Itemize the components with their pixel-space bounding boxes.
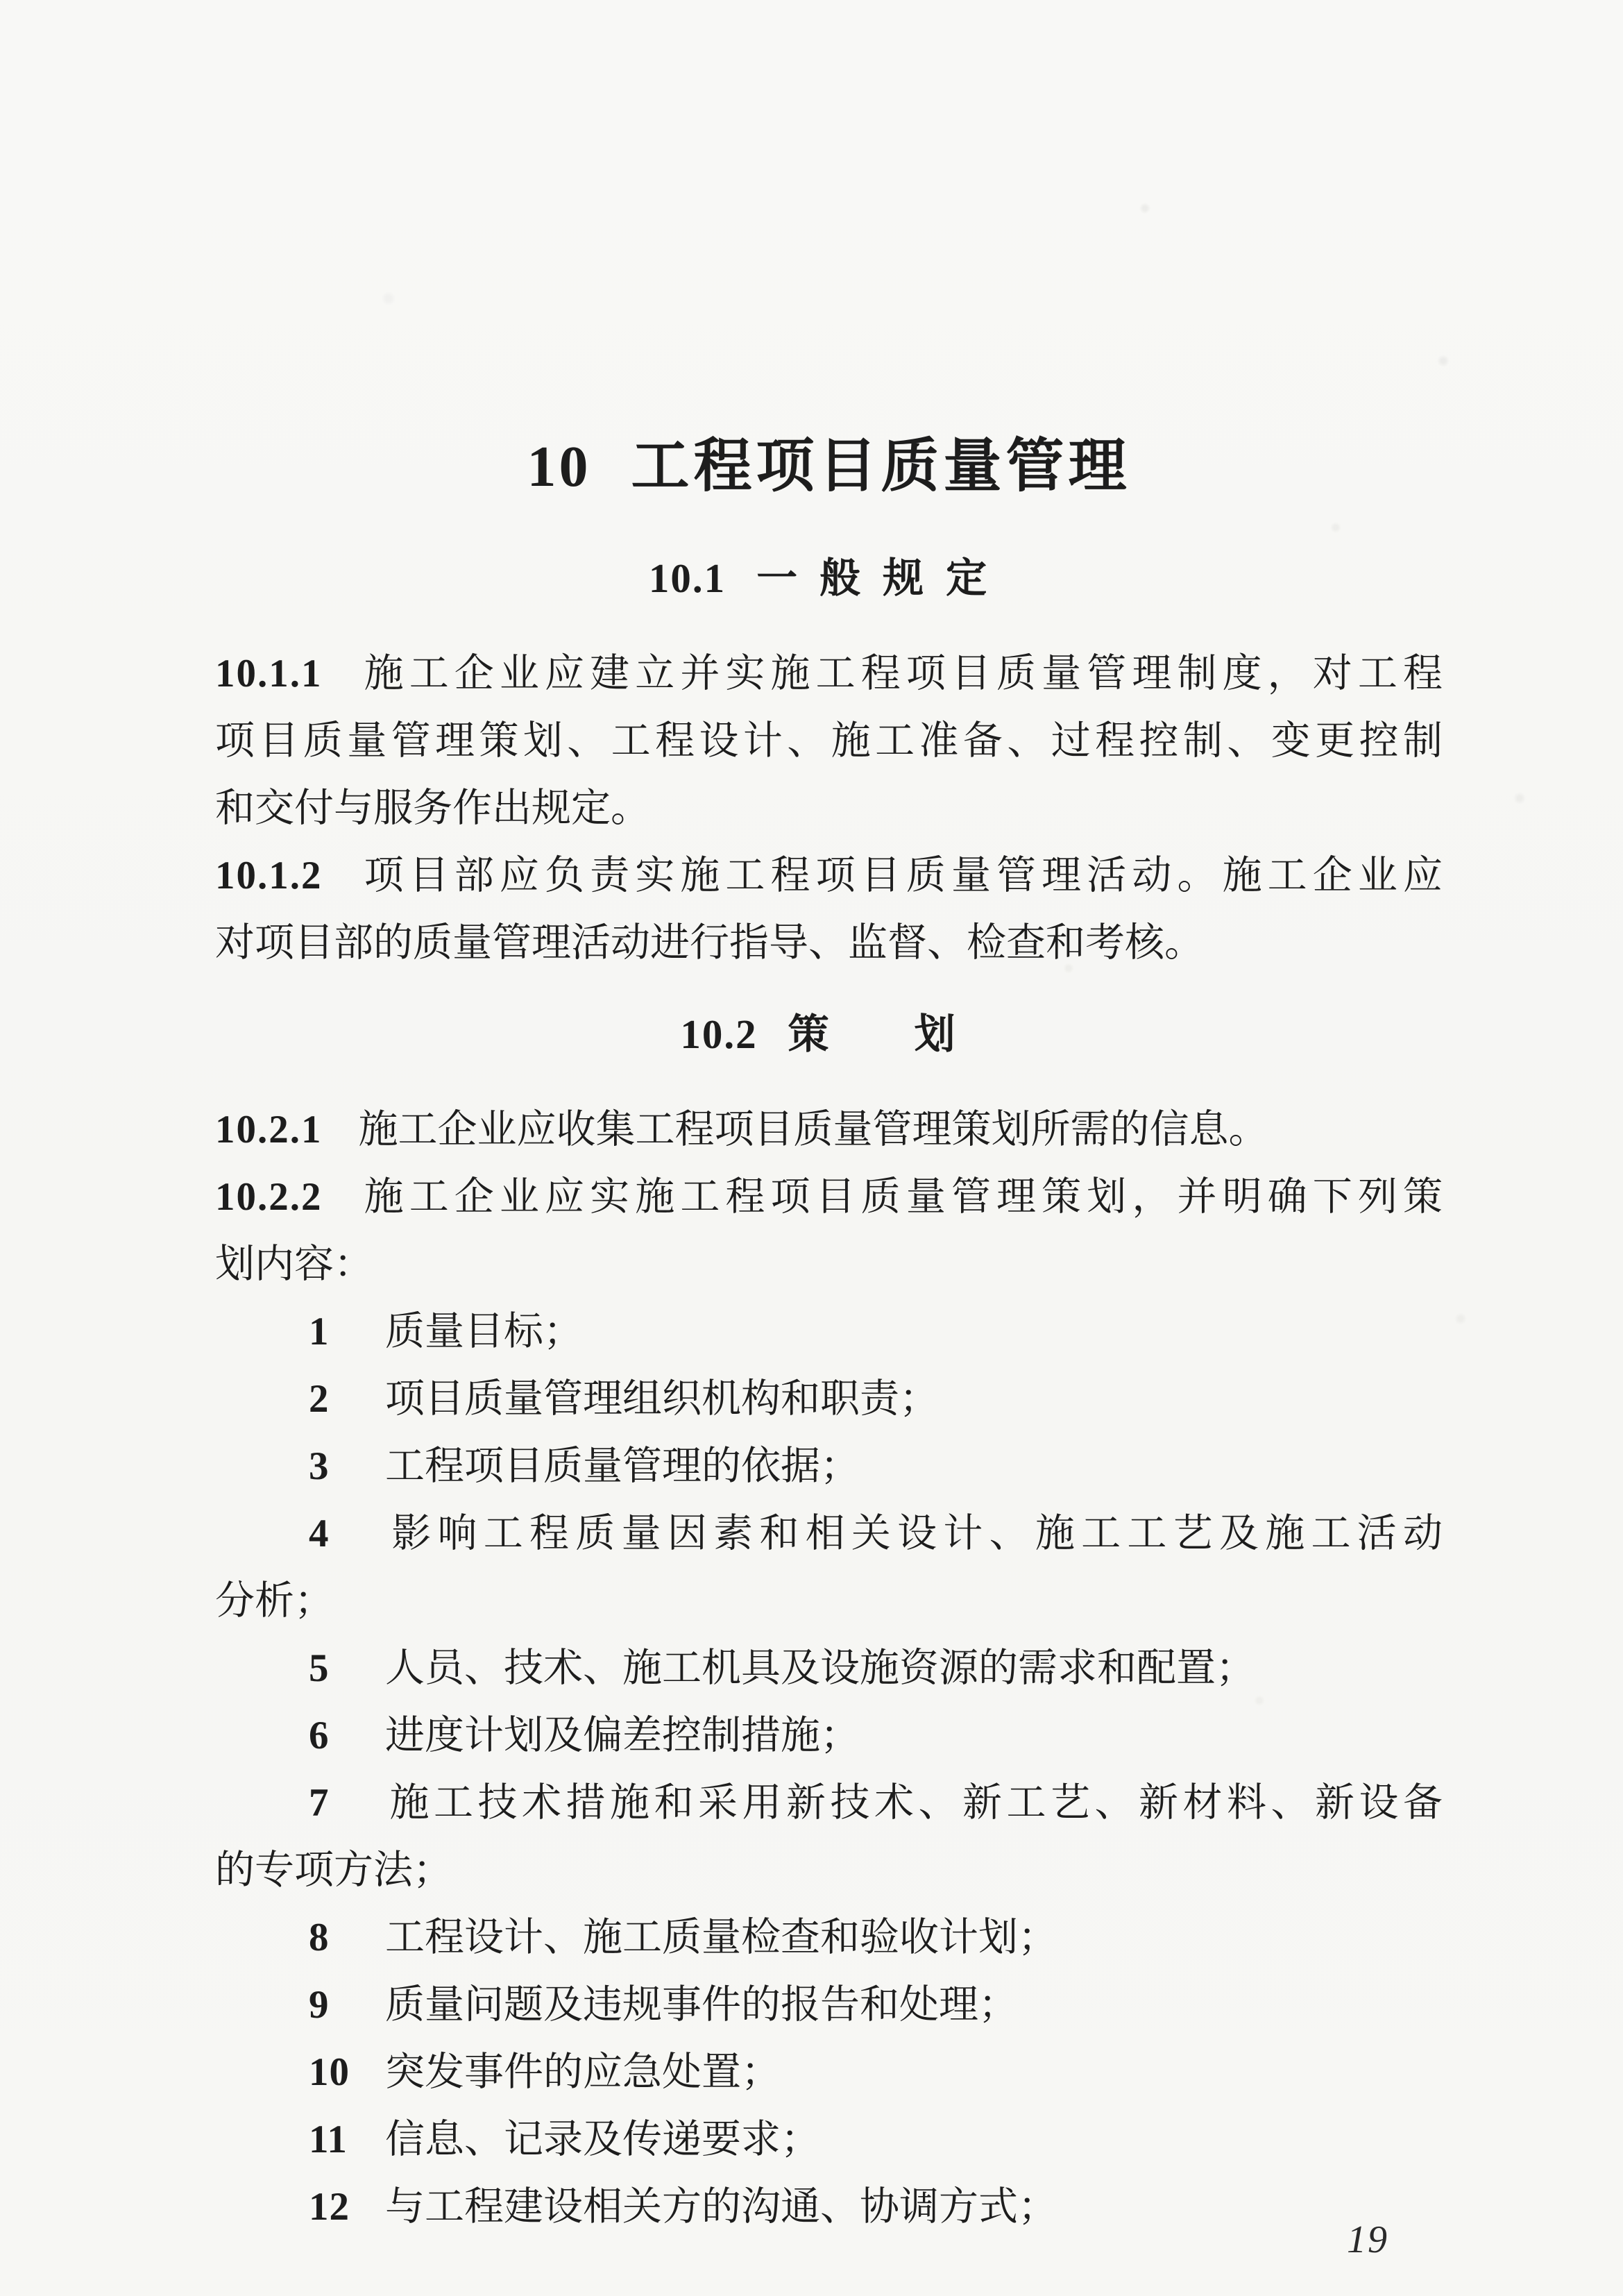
list-item: 4影响工程质量因素和相关设计、施工工艺及施工活动: [215, 1500, 1443, 1567]
list-item-text: 进度计划及偏差控制措施；: [385, 1714, 860, 1757]
list-item-text: 影响工程质量因素和相关设计、施工工艺及施工活动: [385, 1512, 1443, 1555]
document-page: 10工程项目质量管理 10.1一般规定10.1.1施工企业应建立并实施工程项目质…: [0, 0, 1623, 2296]
list-item-text: 质量目标；: [385, 1310, 583, 1353]
list-item-text: 工程项目质量管理的依据；: [385, 1444, 860, 1488]
list-item: 2项目质量管理组织机构和职责；: [215, 1365, 1443, 1433]
chapter-heading: 10工程项目质量管理: [215, 427, 1443, 507]
text-line: 划内容：: [215, 1231, 1443, 1298]
list-number: 1: [309, 1298, 360, 1365]
list-number: 12: [309, 2173, 360, 2240]
list-item-text: 人员、技术、施工机具及设施资源的需求和配置；: [385, 1646, 1255, 1690]
list-item: 12与工程建设相关方的沟通、协调方式；: [215, 2173, 1443, 2240]
document-content: 10.1一般规定10.1.1施工企业应建立并实施工程项目质量管理制度，对工程项目…: [215, 545, 1443, 2240]
chapter-number: 10: [527, 434, 590, 499]
text-line: 的专项方法；: [215, 1837, 1443, 1904]
clause-number: 10.1.2: [215, 854, 323, 897]
line-text: 项目部应负责实施工程项目质量管理活动。施工企业应: [359, 854, 1443, 897]
clause-number: 10.1.1: [215, 652, 323, 695]
line-text: 施工企业应实施工程项目质量管理策划，并明确下列策: [359, 1175, 1443, 1219]
clause-line: 10.2.2施工企业应实施工程项目质量管理策划，并明确下列策: [215, 1163, 1443, 1231]
text-line: 项目质量管理策划、工程设计、施工准备、过程控制、变更控制: [215, 707, 1443, 775]
section-heading: 10.1一般规定: [215, 545, 1443, 612]
list-number: 6: [309, 1702, 360, 1769]
line-text: 对项目部的质量管理活动进行指导、监督、检查和考核。: [215, 921, 1204, 965]
line-text: 施工企业应收集工程项目质量管理策划所需的信息。: [359, 1108, 1268, 1151]
list-number: 11: [309, 2106, 360, 2173]
chapter-title: 工程项目质量管理: [631, 434, 1130, 499]
list-number: 5: [309, 1635, 360, 1702]
list-item: 3工程项目质量管理的依据；: [215, 1433, 1443, 1500]
list-item-text: 与工程建设相关方的沟通、协调方式；: [385, 2185, 1057, 2229]
line-text: 施工企业应建立并实施工程项目质量管理制度，对工程: [359, 652, 1443, 695]
list-number: 7: [309, 1769, 360, 1837]
line-text: 项目质量管理策划、工程设计、施工准备、过程控制、变更控制: [215, 719, 1443, 763]
list-number: 8: [309, 1904, 360, 1971]
list-item: 1质量目标；: [215, 1298, 1443, 1365]
section-number: 10.1: [649, 555, 726, 601]
list-item: 8工程设计、施工质量检查和验收计划；: [215, 1904, 1443, 1971]
clause-line: 10.1.2项目部应负责实施工程项目质量管理活动。施工企业应: [215, 842, 1443, 909]
line-text: 的专项方法；: [215, 1848, 452, 1892]
list-item: 7施工技术措施和采用新技术、新工艺、新材料、新设备: [215, 1769, 1443, 1837]
section-title: 一般规定: [756, 555, 1009, 601]
section-title: 策 划: [788, 1011, 978, 1057]
list-number: 3: [309, 1433, 360, 1500]
text-line: 分析；: [215, 1567, 1443, 1635]
clause-number: 10.2.2: [215, 1175, 323, 1219]
text-line: 对项目部的质量管理活动进行指导、监督、检查和考核。: [215, 909, 1443, 977]
clause-line: 10.2.1施工企业应收集工程项目质量管理策划所需的信息。: [215, 1096, 1443, 1163]
list-item: 9质量问题及违规事件的报告和处理；: [215, 1971, 1443, 2038]
clause-number: 10.2.1: [215, 1108, 323, 1151]
page-number: 19: [1347, 2218, 1388, 2262]
line-text: 分析；: [215, 1579, 334, 1623]
list-number: 9: [309, 1971, 360, 2038]
list-number: 4: [309, 1500, 360, 1567]
list-item-text: 施工技术措施和采用新技术、新工艺、新材料、新设备: [385, 1781, 1443, 1825]
list-item: 10突发事件的应急处置；: [215, 2038, 1443, 2106]
line-text: 和交付与服务作出规定。: [215, 786, 650, 830]
list-item: 11信息、记录及传递要求；: [215, 2106, 1443, 2173]
list-item: 6进度计划及偏差控制措施；: [215, 1702, 1443, 1769]
section-heading: 10.2策 划: [215, 1001, 1443, 1068]
list-item-text: 项目质量管理组织机构和职责；: [385, 1377, 939, 1421]
list-item-text: 突发事件的应急处置；: [385, 2050, 781, 2094]
section-number: 10.2: [680, 1011, 757, 1057]
list-item-text: 工程设计、施工质量检查和验收计划；: [385, 1916, 1057, 1959]
line-text: 划内容：: [215, 1242, 373, 1286]
list-item-text: 信息、记录及传递要求；: [385, 2118, 820, 2161]
list-number: 10: [309, 2038, 360, 2106]
clause-line: 10.1.1施工企业应建立并实施工程项目质量管理制度，对工程: [215, 640, 1443, 707]
text-line: 和交付与服务作出规定。: [215, 775, 1443, 842]
list-item-text: 质量问题及违规事件的报告和处理；: [385, 1983, 1018, 2027]
list-number: 2: [309, 1365, 360, 1433]
list-item: 5人员、技术、施工机具及设施资源的需求和配置；: [215, 1635, 1443, 1702]
